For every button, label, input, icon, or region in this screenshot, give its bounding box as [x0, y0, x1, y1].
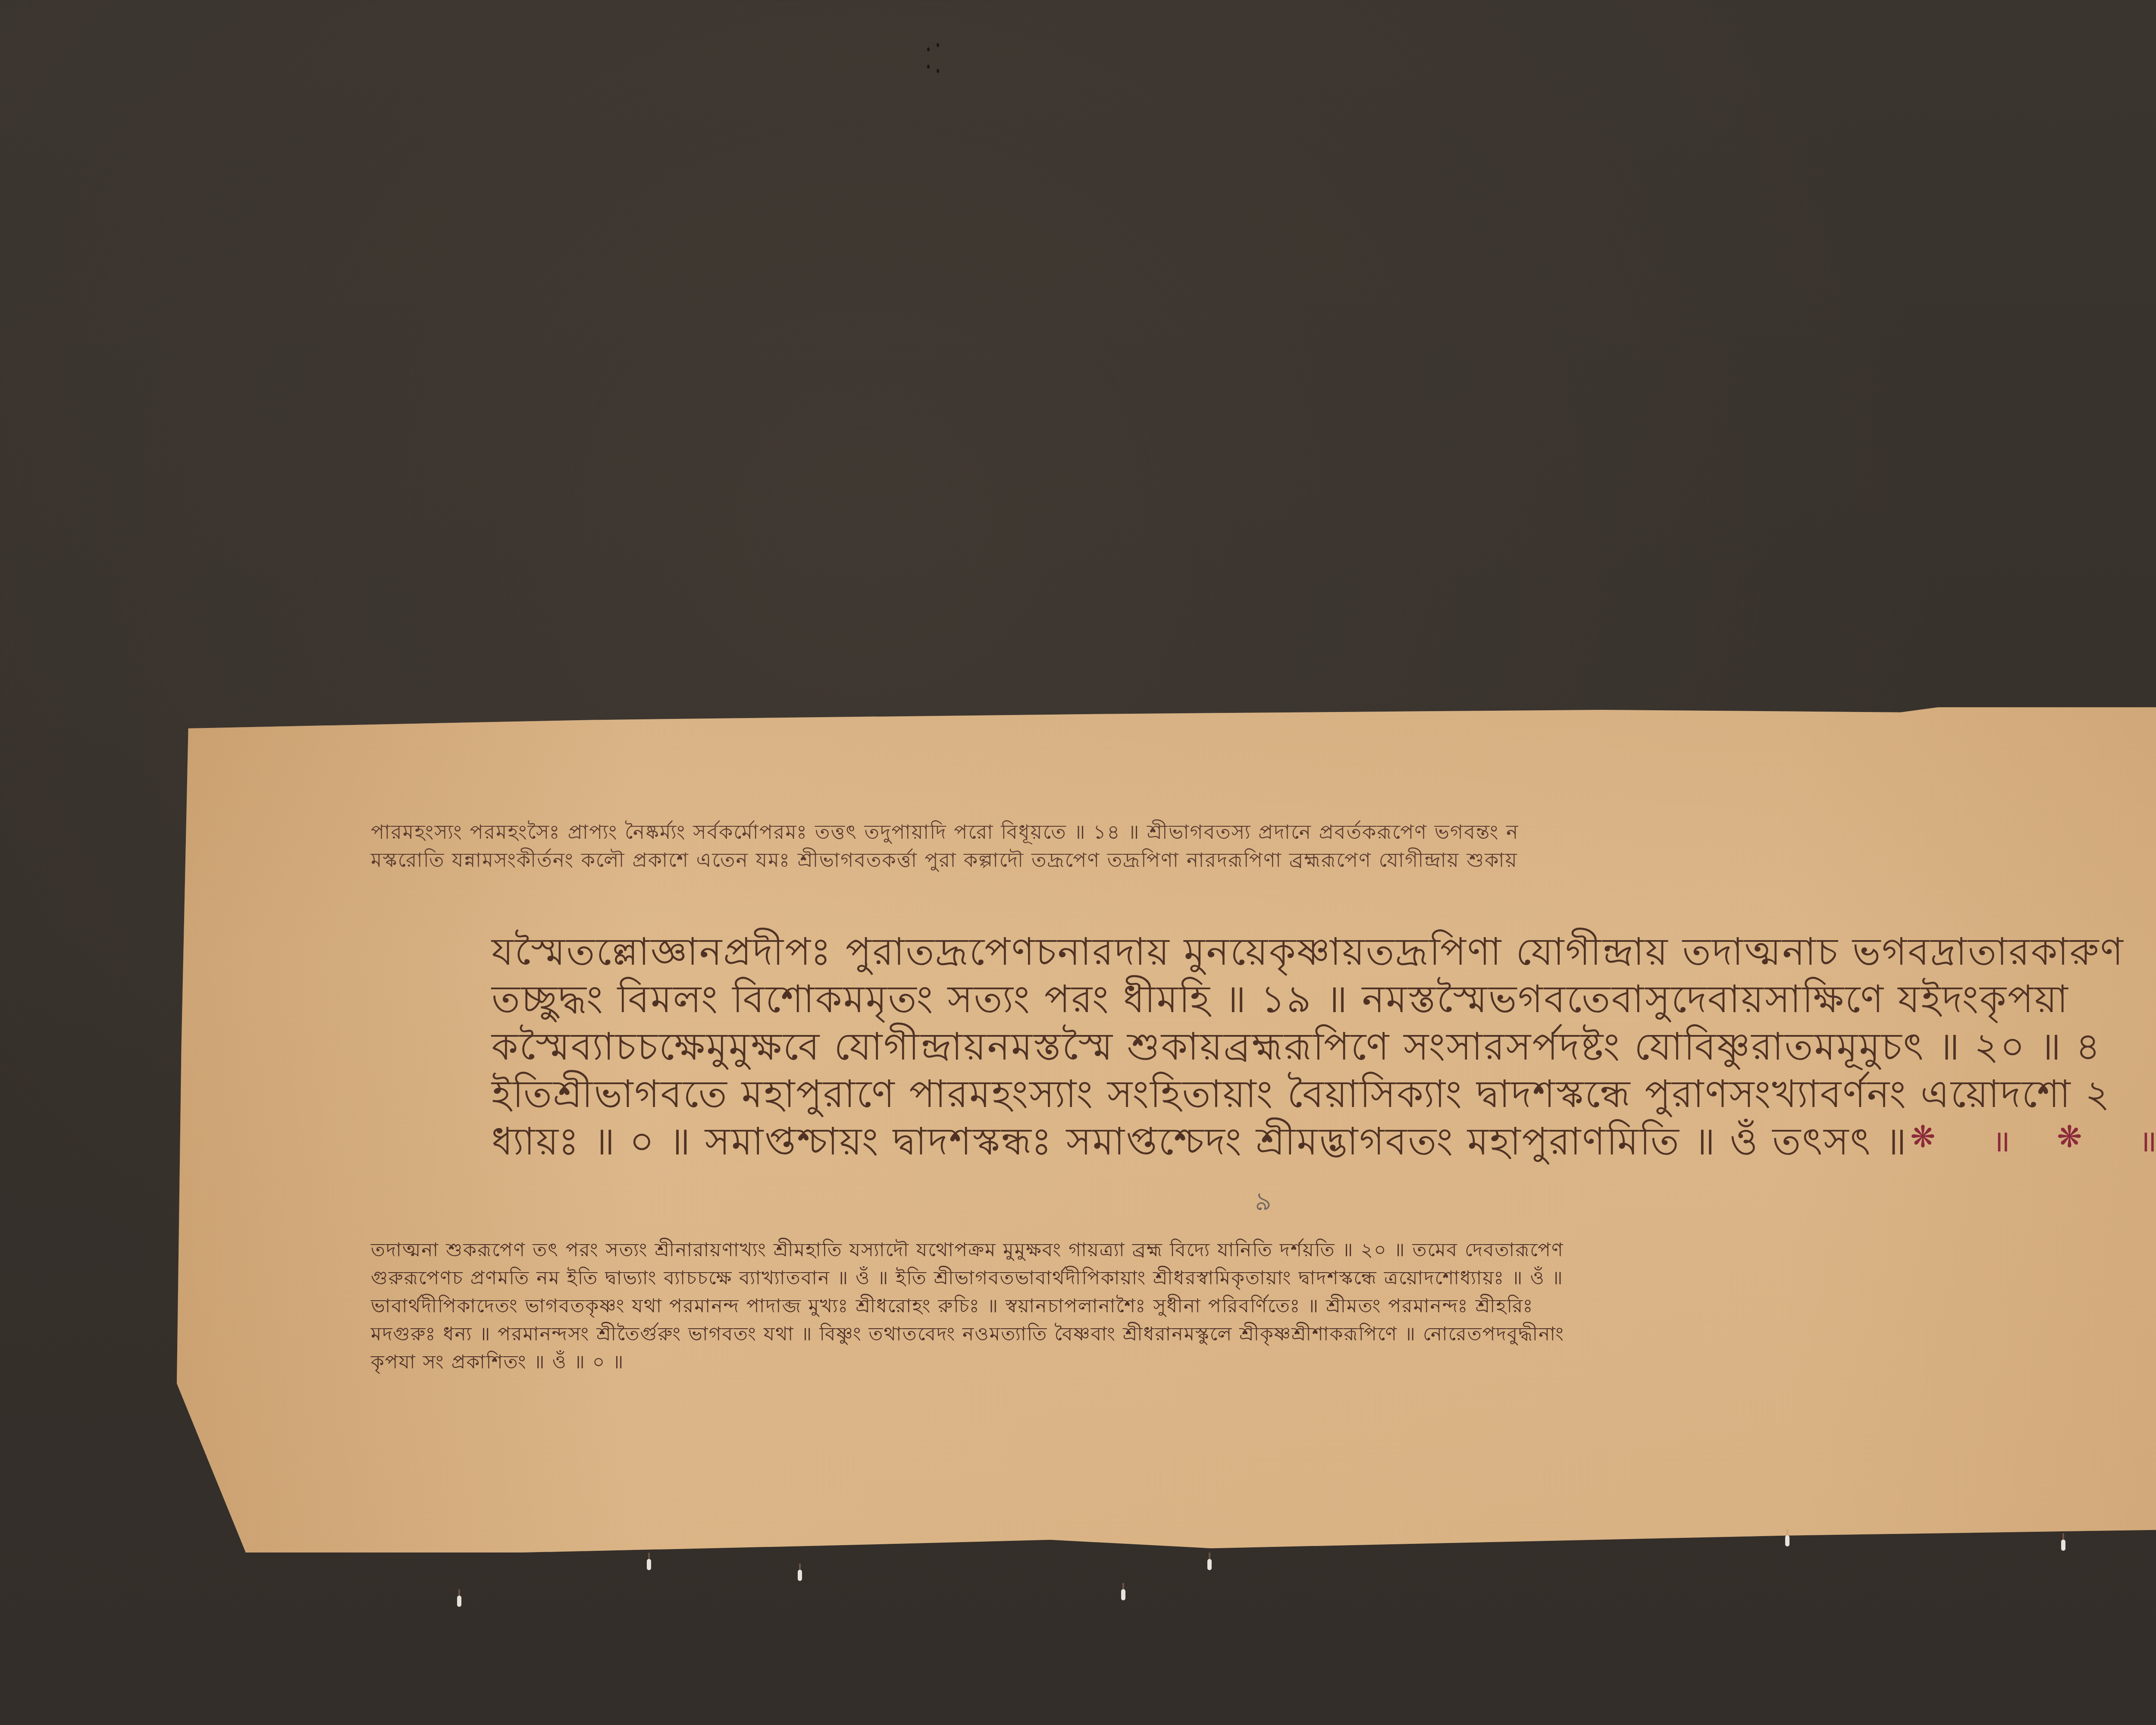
main-text-line-5: ধ্যায়ঃ ॥ ০ ॥ সমাপ্তশ্চায়ং দ্বাদশস্কন্ধ…: [492, 1113, 1908, 1176]
lower-commentary-line-4: মদগুরুঃ ধন্য ॥ পরমানন্দসং শ্রীতৈর্গুরুং …: [371, 1320, 1564, 1351]
upper-commentary-line-2: মস্করোতি যন্নামসংকীর্তনং কলৌ প্রকাশে এতে…: [371, 845, 1518, 878]
manuscript-leaf: পারমহংস্যং পরমহংসৈঃ প্রাপ্যং নৈষ্কর্ম্যং…: [177, 707, 2156, 1552]
lower-commentary-line-3: ভাবার্থদীপিকাদেতং ভাগবতকৃষ্ণং যথা পরমানন…: [371, 1292, 1534, 1323]
pencil-annotation: ৯: [1255, 1182, 1272, 1225]
lower-commentary-line-2: গুরুরূপেণচ প্রণমতি নম ইতি দ্বাভ্যাং ব্যা…: [371, 1264, 1564, 1295]
lower-commentary-line-5: কৃপযা সং প্রকাশিতং ॥ ওঁ ॥ ০ ॥: [371, 1348, 624, 1379]
ornament-flower-icon: ❋: [2057, 1119, 2083, 1154]
double-danda: ॥: [2139, 1119, 2156, 1160]
lower-commentary-line-1: তদাত্মনা শুকরূপেণ তৎ পরং সত্যং শ্রীনারায…: [371, 1236, 1564, 1267]
background-pinholes: [927, 47, 944, 78]
double-danda: ॥: [1992, 1119, 2011, 1160]
ornament-flower-icon: ❋: [1910, 1119, 1937, 1154]
